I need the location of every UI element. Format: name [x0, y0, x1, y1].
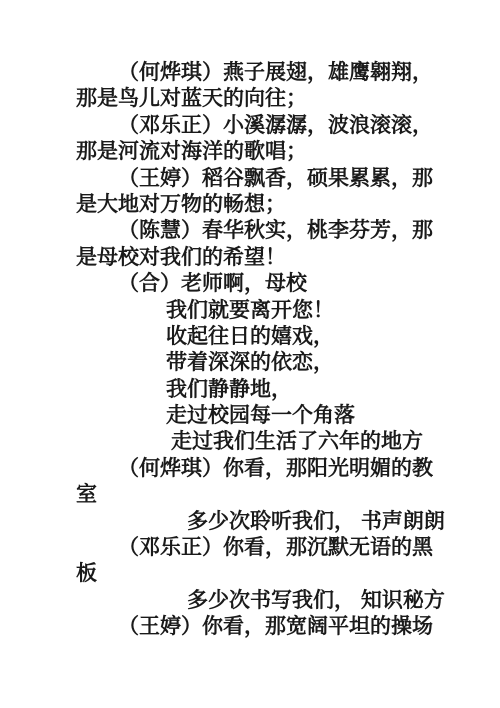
script-line: 是母校对我们的希望！ — [0, 245, 500, 271]
document-page: （何烨琪）燕子展翅，雄鹰翱翔， 那是鸟儿对蓝天的向往； （邓乐正）小溪潺潺，波浪… — [0, 0, 500, 708]
script-line: 我们静静地， — [0, 377, 500, 403]
script-line: （邓乐正）你看，那沉默无语的黑 — [0, 535, 500, 561]
script-line: 室 — [0, 482, 500, 508]
script-line: （何烨琪）燕子展翅，雄鹰翱翔， — [0, 60, 500, 86]
script-line: 多少次书写我们， 知识秘方 — [0, 588, 500, 614]
script-line: 板 — [0, 561, 500, 587]
script-line: （何烨琪）你看，那阳光明媚的教 — [0, 456, 500, 482]
script-line: （合）老师啊，母校 — [0, 271, 500, 297]
script-line: 那是鸟儿对蓝天的向往； — [0, 86, 500, 112]
script-line: 走过校园每一个角落 — [0, 403, 500, 429]
script-line: 我们就要离开您！ — [0, 298, 500, 324]
script-line: 带着深深的依恋， — [0, 350, 500, 376]
script-line: （邓乐正）小溪潺潺，波浪滚滚， — [0, 113, 500, 139]
script-line: （王婷）你看，那宽阔平坦的操场 — [0, 614, 500, 640]
script-line: （王婷）稻谷飘香，硕果累累，那 — [0, 166, 500, 192]
script-line: 走过我们生活了六年的地方 — [0, 429, 500, 455]
script-line: 那是河流对海洋的歌唱； — [0, 139, 500, 165]
script-line: 是大地对万物的畅想； — [0, 192, 500, 218]
script-line: 多少次聆听我们， 书声朗朗 — [0, 509, 500, 535]
script-line: （陈慧）春华秋实，桃李芬芳，那 — [0, 218, 500, 244]
script-text-block: （何烨琪）燕子展翅，雄鹰翱翔， 那是鸟儿对蓝天的向往； （邓乐正）小溪潺潺，波浪… — [0, 60, 500, 641]
script-line: 收起往日的嬉戏， — [0, 324, 500, 350]
